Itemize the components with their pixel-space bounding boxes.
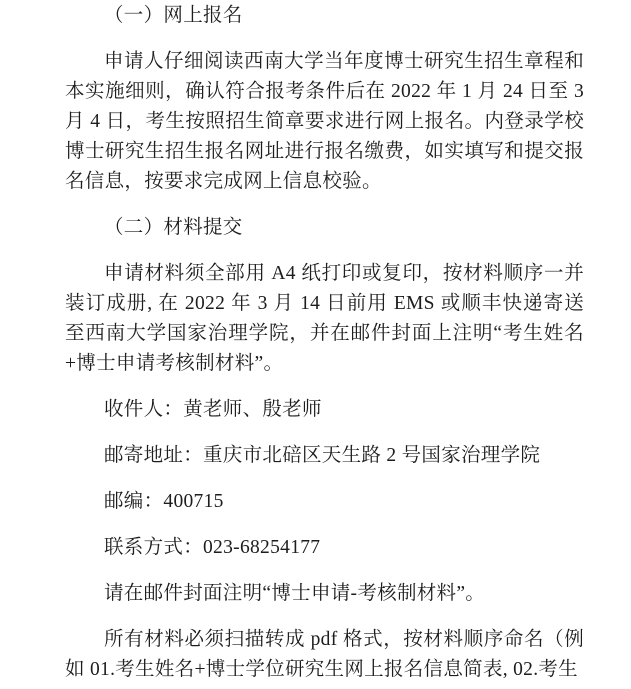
paragraph-online-registration: 申请人仔细阅读西南大学当年度博士研究生招生章程和本实施细则，确认符合报考条件后在… bbox=[65, 47, 584, 197]
paragraph-material-submission: 申请材料须全部用 A4 纸打印或复印，按材料顺序一并装订成册, 在 2022 年… bbox=[65, 259, 584, 379]
section-heading-online-registration: （一）网上报名 bbox=[65, 1, 584, 31]
paragraph-mailing-address: 邮寄地址：重庆市北碚区天生路 2 号国家治理学院 bbox=[65, 441, 584, 471]
paragraph-pdf-naming: 所有材料必须扫描转成 pdf 格式，按材料顺序命名（例如 01.考生姓名+博士学… bbox=[65, 625, 584, 685]
paragraph-envelope-note: 请在邮件封面注明“博士申请-考核制材料”。 bbox=[65, 579, 584, 609]
document-page: （一）网上报名申请人仔细阅读西南大学当年度博士研究生招生章程和本实施细则，确认符… bbox=[0, 0, 631, 689]
paragraph-recipient: 收件人：黄老师、殷老师 bbox=[65, 395, 584, 425]
section-heading-material-submission: （二）材料提交 bbox=[65, 213, 584, 243]
paragraph-contact-phone: 联系方式：023-68254177 bbox=[65, 533, 584, 563]
paragraph-postal-code: 邮编：400715 bbox=[65, 487, 584, 517]
